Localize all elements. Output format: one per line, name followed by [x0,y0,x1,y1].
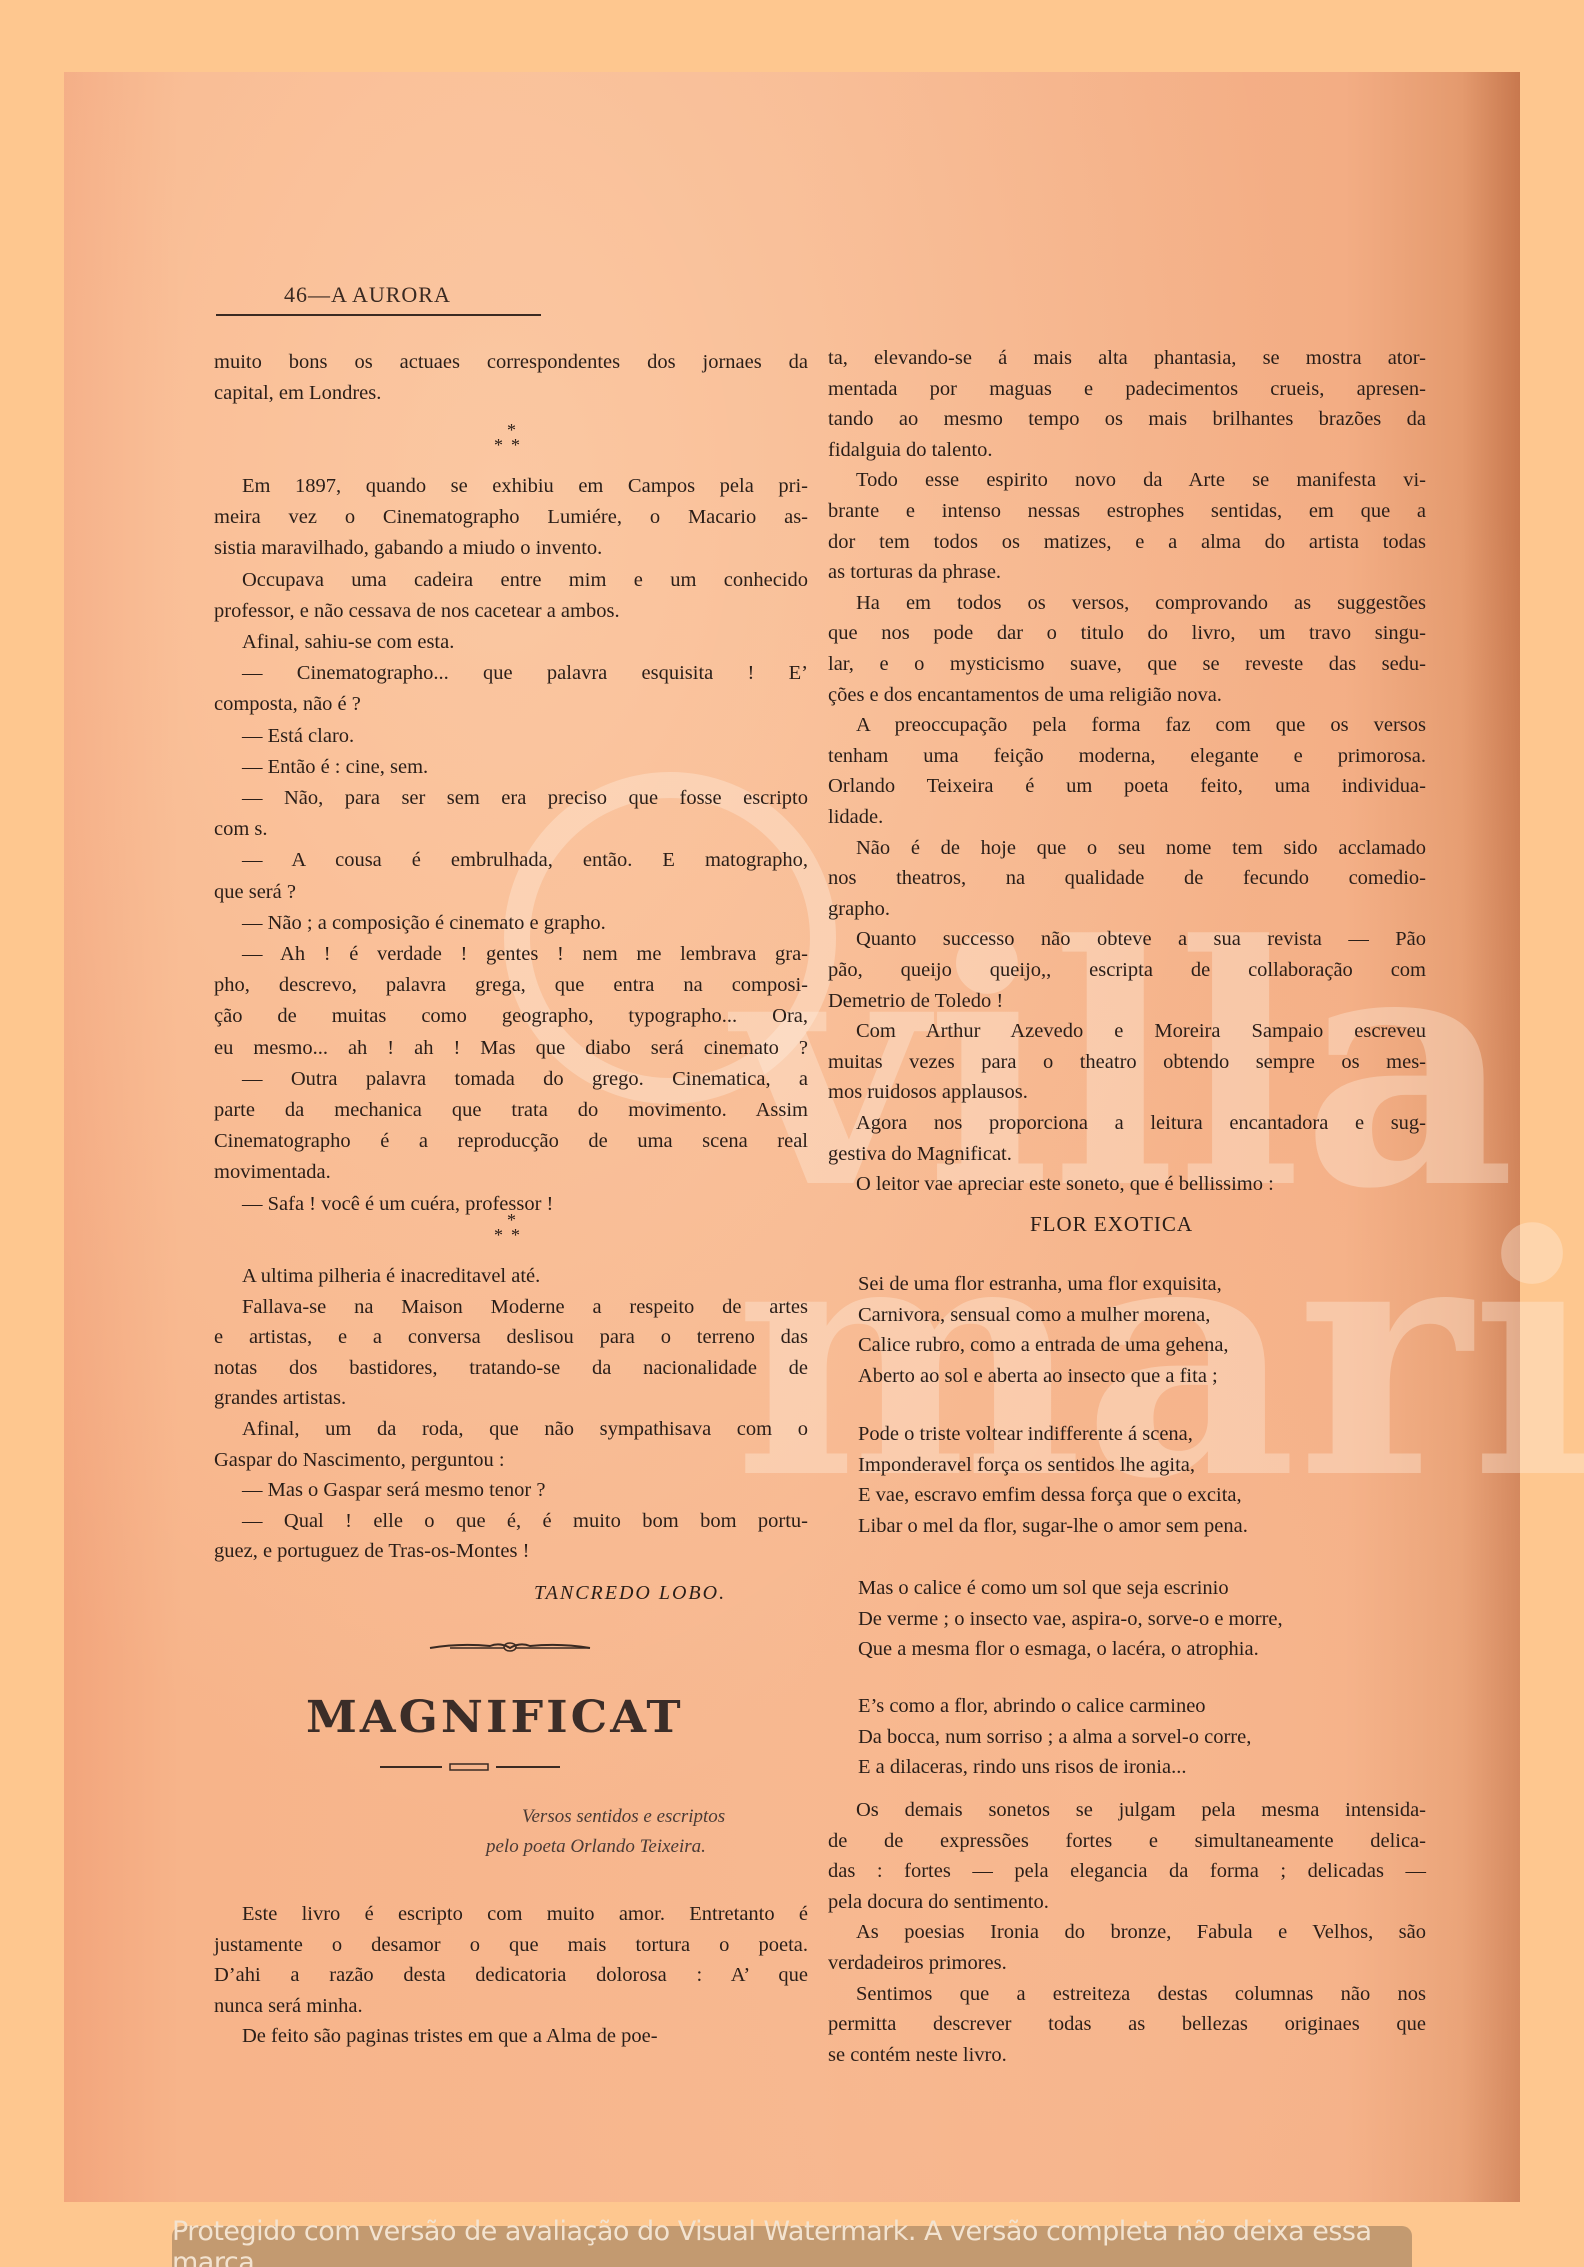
paragraph-line: com s. [214,819,268,840]
poem-title: FLOR EXOTICA [1030,1212,1193,1237]
paragraph-line: — A cousa é embrulhada, então. E matogra… [242,850,808,871]
paragraph-line: A preoccupação pela forma faz com que os… [856,715,1426,736]
paragraph-line: pela docura do sentimento. [828,1892,1049,1913]
epigraph-line-2: pelo poeta Orlando Teixeira. [486,1836,706,1858]
paragraph-line: se contém neste livro. [828,2045,1007,2066]
title-underline-icon [380,1762,560,1772]
paragraph-line: movimentada. [214,1162,331,1183]
paragraph-line: mentada por maguas e padecimentos crueis… [828,379,1426,400]
poem-verse: E vae, escravo emfim dessa força que o e… [858,1485,1242,1506]
poem-verse: De verme ; o insecto vae, aspira-o, sorv… [858,1609,1283,1630]
paragraph-line: muito bons os actuaes correspondentes do… [214,352,808,373]
paragraph-line: Sentimos que a estreiteza destas columna… [856,1984,1426,2005]
paragraph-line: Afinal, um da roda, que não sympathisava… [242,1419,808,1440]
paragraph-line: fidalguia do talento. [828,440,993,461]
paragraph-line: pho, descrevo, palavra grega, que entra … [214,975,808,996]
poem-verse: Libar o mel da flor, sugar-lhe o amor se… [858,1516,1248,1537]
paragraph-line: D’ahi a razão desta dedicatoria dolorosa… [214,1965,808,1986]
paragraph-line: das : fortes — pela elegancia da forma ;… [828,1861,1426,1882]
paragraph-line: Afinal, sahiu-se com esta. [242,632,454,653]
paragraph-line: O leitor vae apreciar este soneto, que é… [856,1174,1274,1195]
paragraph-line: que nos pode dar o titulo do livro, um t… [828,623,1426,644]
paragraph-line: de de expressões fortes e simultaneament… [828,1831,1426,1852]
paragraph-line: — Qual ! elle o que é, é muito bom bom p… [242,1511,808,1532]
poem-verse: Sei de uma flor estranha, uma flor exqui… [858,1274,1222,1295]
poem-verse: Pode o triste voltear indifferente á sce… [858,1424,1193,1445]
paragraph-line: lidade. [828,807,883,828]
paragraph-line: gestiva do Magnificat. [828,1144,1012,1165]
watermark-banner: Protegido com versão de avaliação do Vis… [172,2226,1412,2267]
paragraph-line: eu mesmo... ah ! ah ! Mas que diabo será… [214,1038,808,1059]
paragraph-line: grapho. [828,899,890,920]
paragraph-line: capital, em Londres. [214,383,381,404]
paragraph-line: brante e intenso nessas estrophes sentid… [828,501,1426,522]
paragraph-line: Fallava-se na Maison Moderne a respeito … [242,1297,808,1318]
paragraph-line: parte da mechanica que trata do moviment… [214,1100,808,1121]
section-divider-stars: *** [494,420,528,456]
paragraph-line: composta, não é ? [214,694,361,715]
paragraph-line: Agora nos proporciona a leitura encantad… [856,1113,1426,1134]
poem-verse: Da bocca, num sorriso ; a alma a sorvel-… [858,1727,1251,1748]
article-title: MAGNIFICAT [306,1691,684,1742]
paragraph-line: meira vez o Cinematographo Lumiére, o Ma… [214,507,808,528]
paragraph-line: tando ao mesmo tempo os mais brilhantes … [828,409,1426,430]
paragraph-line: Cinematographo é a reproducção de uma sc… [214,1131,808,1152]
paragraph-line: sistia maravilhado, gabando a miudo o in… [214,538,602,559]
author-signature: TANCREDO LOBO. [534,1582,726,1605]
paragraph-line: Em 1897, quando se exhibiu em Campos pel… [242,476,808,497]
paragraph-line: — Então é : cine, sem. [242,757,428,778]
paragraph-line: grandes artistas. [214,1388,346,1409]
paragraph-line: pão, queijo queijo,, escripta de collabo… [828,960,1426,981]
ornament-divider-icon [420,1640,600,1656]
paragraph-line: permitta descrever todas as bellezas ori… [828,2014,1426,2035]
paragraph-line: Com Arthur Azevedo e Moreira Sampaio esc… [856,1021,1426,1042]
paragraph-line: A ultima pilheria é inacreditavel até. [242,1266,540,1287]
paragraph-line: As poesias Ironia do bronze, Fabula e Ve… [856,1922,1426,1943]
paragraph-line: — Está claro. [242,726,354,747]
paragraph-line: que será ? [214,882,296,903]
paragraph-line: ção de muitas como geographo, typographo… [214,1006,808,1027]
paragraph-line: Gaspar do Nascimento, perguntou : [214,1450,505,1471]
paragraph-line: Orlando Teixeira é um poeta feito, uma i… [828,776,1426,797]
poem-verse: Aberto ao sol e aberta ao insecto que a … [858,1366,1218,1387]
running-head: 46—A AURORA [284,282,451,308]
paragraph-line: Não é de hoje que o seu nome tem sido ac… [856,838,1426,859]
paragraph-line: ções e dos encantamentos de uma religião… [828,685,1222,706]
paragraph-line: e artistas, e a conversa deslisou para o… [214,1327,808,1348]
paragraph-line: Quanto successo não obteve a sua revista… [856,929,1426,950]
poem-verse: Que a mesma flor o esmaga, o lacéra, o a… [858,1639,1259,1660]
paragraph-line: Ha em todos os versos, comprovando as su… [856,593,1426,614]
running-head-rule [216,314,541,316]
paragraph-line: — Ah ! é verdade ! gentes ! nem me lembr… [242,944,808,965]
paragraph-line: Este livro é escripto com muito amor. En… [242,1904,808,1925]
paragraph-line: muitas vezes para o theatro obtendo semp… [828,1052,1426,1073]
paragraph-line: nunca será minha. [214,1996,363,2017]
poem-verse: Imponderavel força os sentidos lhe agita… [858,1455,1195,1476]
paragraph-line: Todo esse espirito novo da Arte se manif… [856,470,1426,491]
paragraph-line: — Não ; a composição é cinemato e grapho… [242,913,606,934]
paragraph-line: Os demais sonetos se julgam pela mesma i… [856,1800,1426,1821]
epigraph-line-1: Versos sentidos e escriptos [522,1806,725,1828]
paragraph-line: justamente o desamor o que mais tortura … [214,1935,808,1956]
paragraph-line: — Cinematographo... que palavra esquisit… [242,663,808,684]
logo-watermark: villa maria [474,772,1374,1672]
paragraph-line: notas dos bastidores, tratando-se da nac… [214,1358,808,1379]
paragraph-line: Demetrio de Toledo ! [828,991,1003,1012]
paragraph-line: — Outra palavra tomada do grego. Cinemat… [242,1069,808,1090]
paragraph-line: dor tem todos os matizes, e a alma do ar… [828,532,1426,553]
paragraph-line: De feito são paginas tristes em que a Al… [242,2026,658,2047]
paragraph-line: guez, e portuguez de Tras-os-Montes ! [214,1541,529,1562]
paragraph-line: verdadeiros primores. [828,1953,1007,1974]
section-divider-stars: *** [494,1210,528,1246]
poem-verse: Carnivora, sensual como a mulher morena, [858,1305,1210,1326]
paragraph-line: nos theatros, na qualidade de fecundo co… [828,868,1426,889]
paragraph-line: mos ruidosos applausos. [828,1082,1028,1103]
poem-verse: E a dilaceras, rindo uns risos de ironia… [858,1757,1186,1778]
paragraph-line: — Não, para ser sem era preciso que foss… [242,788,808,809]
paragraph-line: lar, e o mysticismo suave, que se revest… [828,654,1426,675]
poem-verse: E’s como a flor, abrindo o calice carmin… [858,1696,1206,1717]
poem-verse: Mas o calice é como um sol que seja escr… [858,1578,1229,1599]
paragraph-line: — Mas o Gaspar será mesmo tenor ? [242,1480,545,1501]
paragraph-line: as torturas da phrase. [828,562,1001,583]
paragraph-line: professor, e não cessava de nos cacetear… [214,601,620,622]
paragraph-line: tenham uma feição moderna, elegante e pr… [828,746,1426,767]
paragraph-line: Occupava uma cadeira entre mim e um conh… [242,570,808,591]
paragraph-line: ta, elevando-se á mais alta phantasia, s… [828,348,1426,369]
poem-verse: Calice rubro, como a entrada de uma gehe… [858,1335,1229,1356]
